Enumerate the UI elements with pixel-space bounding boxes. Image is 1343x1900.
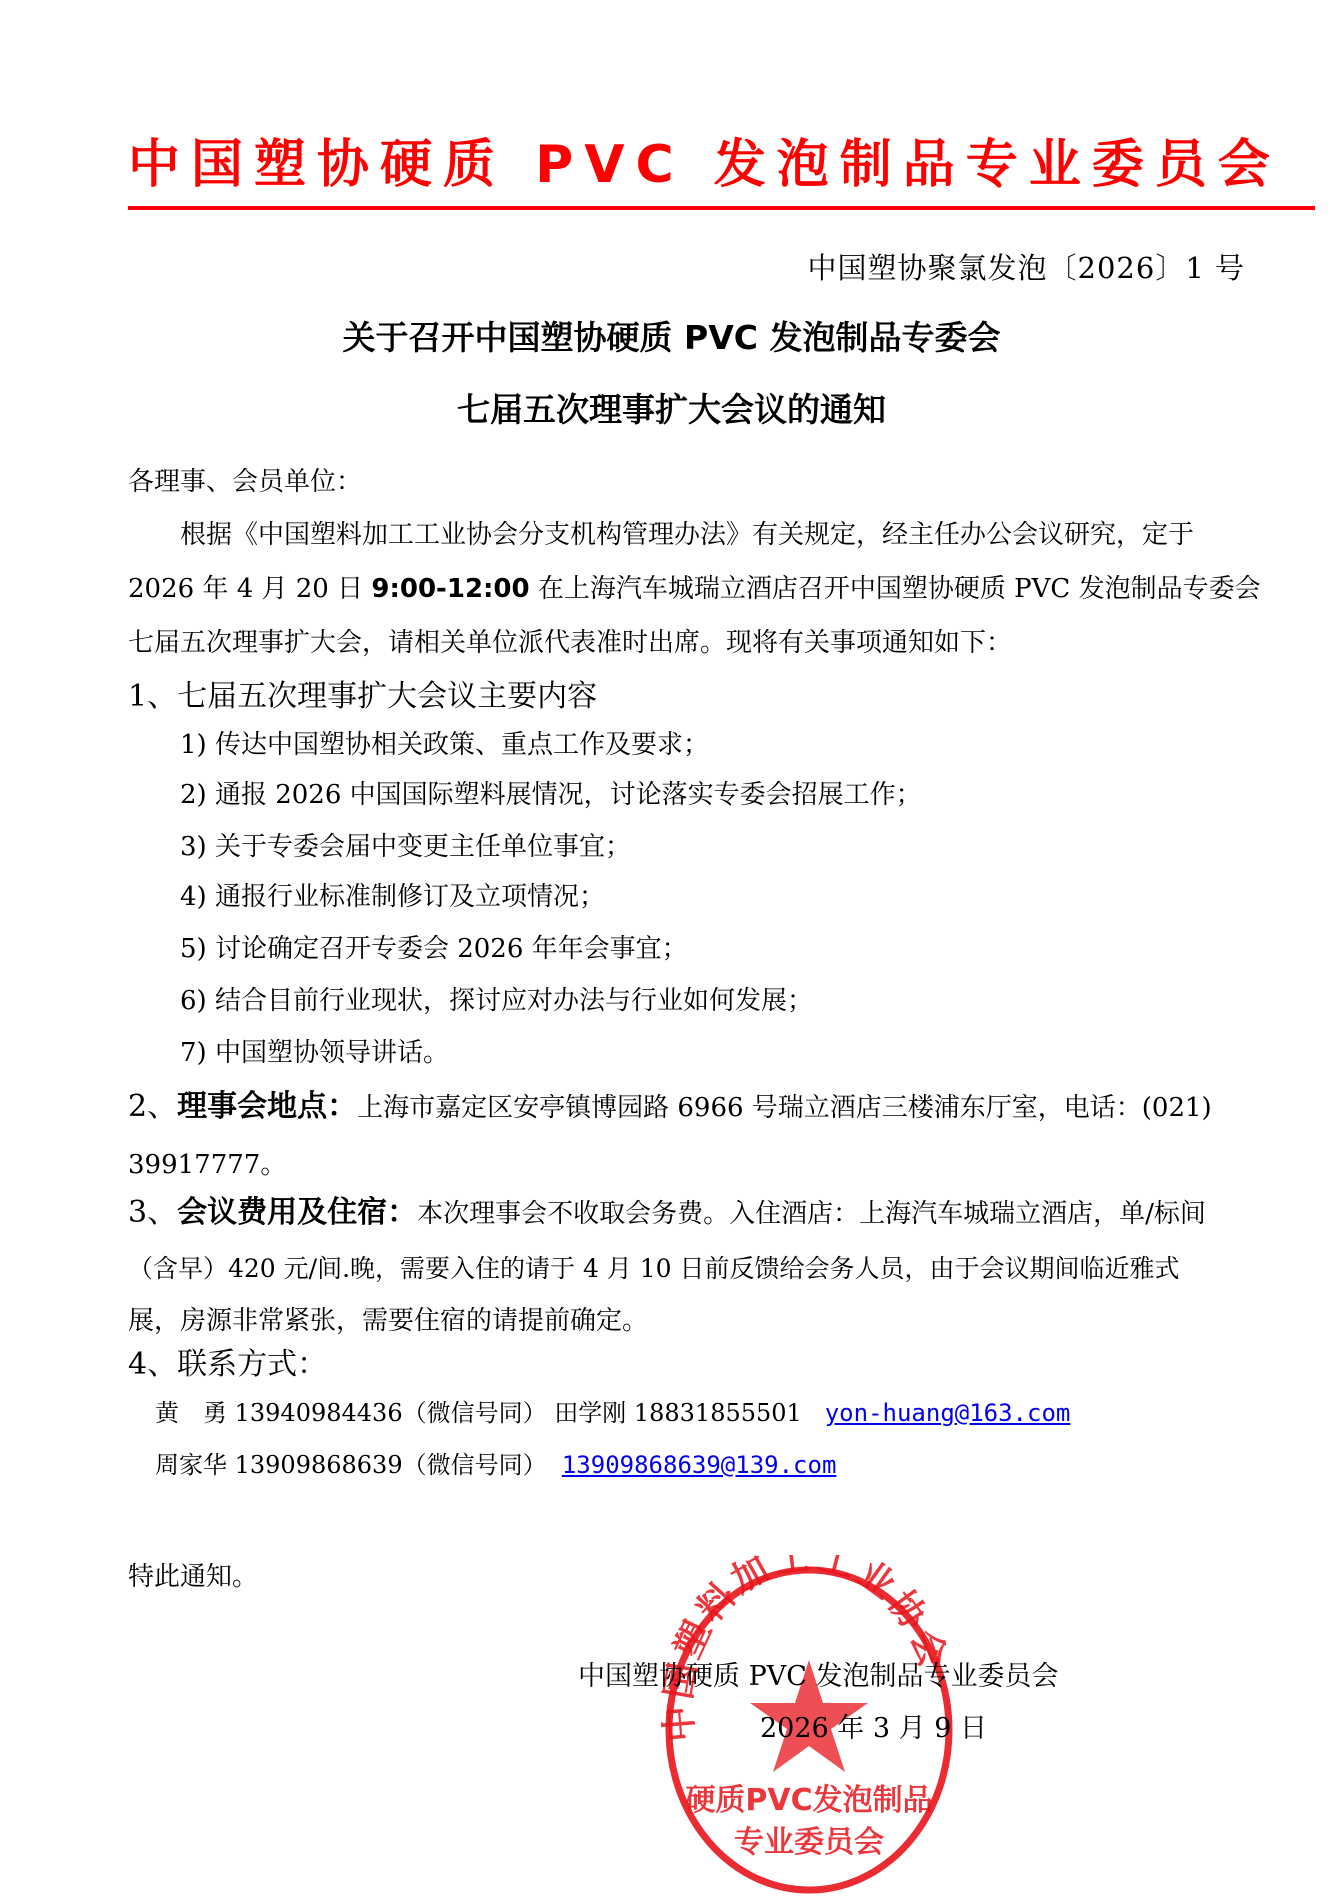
intro-time: 9:00-12:00 [371,574,529,604]
seal-inner-line1: 硬质PVC发泡制品 [685,1783,932,1818]
section2-line-1: 2、理事会地点：上海市嘉定区安亭镇博园路 6966 号瑞立酒店三楼浦东厅室，电话… [128,1086,1212,1129]
section4-heading: 4、联系方式： [128,1344,327,1386]
letterhead-divider [128,206,1315,210]
section3-text: 本次理事会不收取会务费。入住酒店：上海汽车城瑞立酒店，单/标间 [417,1199,1206,1229]
agenda-item: 6) 结合目前行业现状，探讨应对办法与行业如何发展； [180,982,813,1020]
section2-label: 理事会地点： [177,1089,357,1124]
email-link[interactable]: yon-huang@163.com [825,1399,1071,1427]
intro-line-2: 2026 年 4 月 20 日 9:00-12:00 在上海汽车城瑞立酒店召开中… [128,570,1261,608]
contact-row: 黄 勇 13940984436（微信号同） 田学刚 18831855501 yo… [155,1394,1070,1432]
closing-text: 特此通知。 [128,1558,258,1596]
email-link[interactable]: 13909868639@139.com [562,1451,837,1479]
notice-title-line1: 关于召开中国塑协硬质 PVC 发泡制品专委会 [0,316,1343,360]
signature-org: 中国塑协硬质 PVC 发泡制品专业委员会 [578,1658,1059,1696]
section1-heading: 1、七届五次理事扩大会议主要内容 [128,676,597,718]
contact-info: 黄 勇 13940984436（微信号同） 田学刚 18831855501 [155,1399,802,1427]
agenda-item: 1) 传达中国塑协相关政策、重点工作及要求； [180,726,709,764]
agenda-item: 3) 关于专委会届中变更主任单位事宜； [180,828,631,866]
section3-line-2: （含早）420 元/间.晚，需要入住的请于 4 月 10 日前反馈给会务人员，由… [128,1250,1180,1288]
section3-label: 会议费用及住宿： [177,1195,417,1230]
letterhead-title: 中国塑协硬质 PVC 发泡制品专业委员会 [128,130,1248,200]
agenda-item: 7) 中国塑协领导讲话。 [180,1034,449,1072]
agenda-item: 4) 通报行业标准制修订及立项情况； [180,878,605,916]
section2-line-2: 39917777。 [128,1146,286,1184]
section2-number: 2、 [128,1089,177,1124]
salutation: 各理事、会员单位： [128,463,362,501]
intro-line-3: 七届五次理事扩大会，请相关单位派代表准时出席。现将有关事项通知如下： [128,624,1012,662]
agenda-item: 5) 讨论确定召开专委会 2026 年年会事宜； [180,930,688,968]
document-number: 中国塑协聚氯发泡〔2026〕1 号 [808,248,1245,288]
section3-line-1: 3、会议费用及住宿：本次理事会不收取会务费。入住酒店：上海汽车城瑞立酒店，单/标… [128,1192,1206,1235]
section3-number: 3、 [128,1195,177,1230]
signature-date: 2026 年 3 月 9 日 [760,1710,987,1748]
notice-title-line2: 七届五次理事扩大会议的通知 [0,388,1343,432]
intro-venue: 在上海汽车城瑞立酒店召开中国塑协硬质 PVC 发泡制品专委会 [530,574,1261,604]
seal-inner-line2: 专业委员会 [734,1825,884,1860]
intro-line-1: 根据《中国塑料加工工业协会分支机构管理办法》有关规定，经主任办公会议研究，定于 [180,516,1194,554]
contact-info: 周家华 13909868639（微信号同） [155,1451,547,1479]
contact-row: 周家华 13909868639（微信号同） 13909868639@139.co… [155,1446,836,1484]
section3-line-3: 展，房源非常紧张，需要住宿的请提前确定。 [128,1302,648,1340]
intro-date: 2026 年 4 月 20 日 [128,574,371,604]
agenda-item: 2) 通报 2026 中国国际塑料展情况，讨论落实专委会招展工作； [180,776,922,814]
section2-text: 上海市嘉定区安亭镇博园路 6966 号瑞立酒店三楼浦东厅室，电话：(021) [357,1093,1212,1123]
